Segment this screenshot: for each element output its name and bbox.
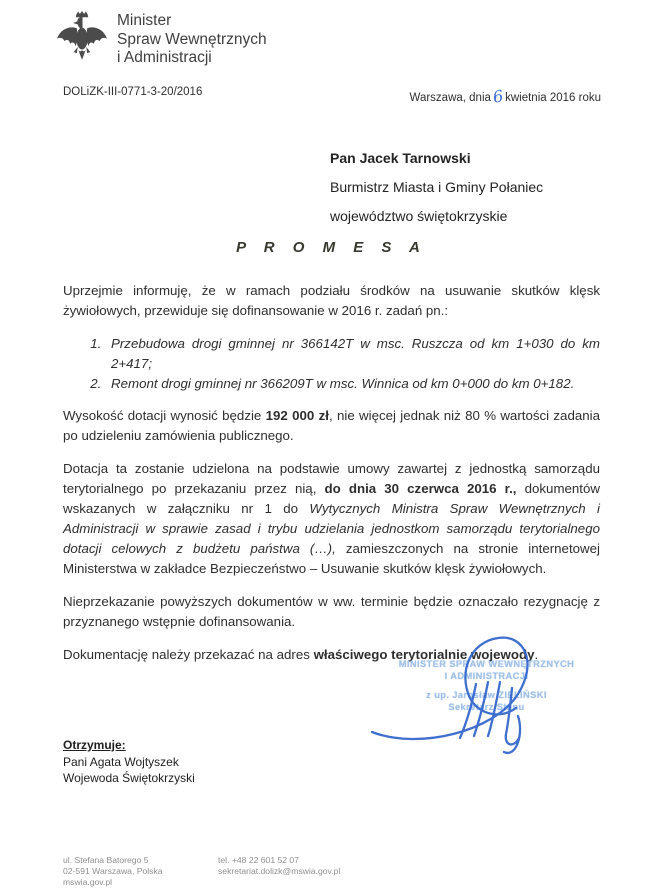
addressee-block: Pan Jacek Tarnowski Burmistrz Miasta i G… [330, 150, 543, 237]
delivery-text: Dokumentację należy przekazać na adres [63, 647, 314, 662]
task-list-item: Przebudowa drogi gminnej nr 366142T w ms… [105, 334, 600, 374]
scanned-letter-page: Minister Spraw Wewnętrznych i Administra… [0, 0, 657, 888]
letterhead: Minister Spraw Wewnętrznych i Administra… [56, 8, 267, 68]
ministry-line: Minister [117, 12, 267, 31]
handwritten-day-digit: 6 [491, 86, 504, 106]
footer-line: 02-591 Warszawa, Polska [63, 866, 218, 877]
paragraph-warning: Nieprzekazanie powyższych dokumentów w w… [63, 592, 600, 632]
footer: ul. Stefana Batorego 5 02-591 Warszawa, … [63, 855, 340, 887]
footer-line: mswia.gov.pl [63, 877, 218, 888]
addressee-name: Pan Jacek Tarnowski [330, 150, 543, 166]
addressee-region: województwo świętokrzyskie [330, 208, 543, 224]
amount-value: 192 000 zł [266, 408, 329, 423]
ministry-line: i Administracji [117, 49, 267, 68]
paragraph-conditions: Dotacja ta zostanie udzielona na podstaw… [63, 459, 600, 579]
amount-text: Wysokość dotacji wynosić będzie [63, 408, 266, 423]
deadline-text: do dnia 30 czerwca 2016 r., [325, 481, 517, 496]
paragraph-intro: Uprzejmie informuję, że w ramach podział… [63, 281, 600, 321]
task-list-item: Remont drogi gminnej nr 366209T w msc. W… [105, 374, 600, 394]
addressee-title: Burmistrz Miasta i Gminy Połaniec [330, 179, 543, 195]
reference-row: DOLiZK-III-0771-3-20/2016 Warszawa, dnia… [63, 86, 601, 105]
footer-contact: tel. +48 22 601 52 07 sekretariat.dolizk… [218, 855, 340, 887]
handwritten-signature-icon [366, 628, 600, 776]
footer-line: sekretariat.dolizk@mswia.gov.pl [218, 866, 340, 877]
footer-line: ul. Stefana Batorego 5 [63, 855, 218, 866]
date-prefix: Warszawa, dnia [410, 92, 491, 104]
footer-address: ul. Stefana Batorego 5 02-591 Warszawa, … [63, 855, 218, 887]
paragraph-amount: Wysokość dotacji wynosić będzie 192 000 … [63, 406, 600, 446]
recipient-line: Pani Agata Wojtyszek [63, 754, 195, 771]
signature-block: MINISTER SPRAW WEWNĘTRZNYCH I ADMINISTRA… [366, 628, 600, 776]
document-title: P R O M E S A [63, 239, 600, 256]
recipient-line: Wojewoda Świętokrzyski [63, 770, 195, 787]
ministry-name: Minister Spraw Wewnętrznych i Administra… [117, 8, 267, 68]
recipients-heading: Otrzymuje: [63, 737, 195, 754]
ministry-line: Spraw Wewnętrznych [117, 31, 267, 50]
recipients-block: Otrzymuje: Pani Agata Wojtyszek Wojewoda… [63, 737, 195, 787]
date-suffix: kwietnia 2016 roku [505, 92, 601, 104]
footer-line: tel. +48 22 601 52 07 [218, 855, 340, 866]
letter-body: Uprzejmie informuję, że w ramach podział… [63, 281, 600, 678]
task-list: Przebudowa drogi gminnej nr 366142T w ms… [63, 334, 600, 394]
place-and-date: Warszawa, dnia6kwietnia 2016 roku [410, 86, 601, 105]
reference-number: DOLiZK-III-0771-3-20/2016 [63, 86, 202, 105]
polish-eagle-icon [56, 8, 108, 66]
